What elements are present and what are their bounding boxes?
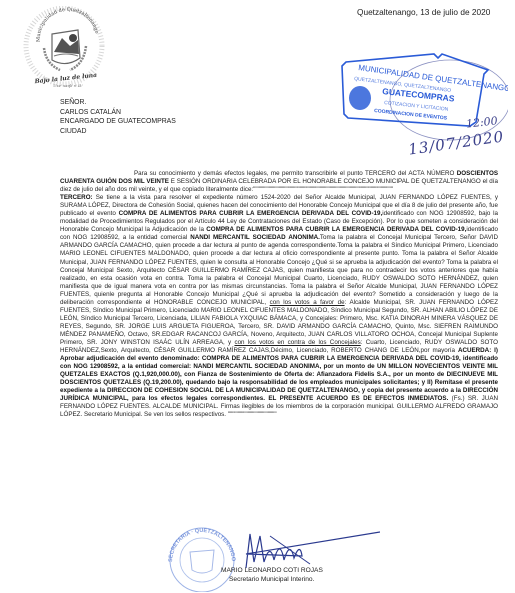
recipient-city: CIUDAD (60, 127, 176, 137)
supplier-name: NANDI MERCANTIL SOCIEDAD ANONIMA. (190, 234, 320, 241)
intro-paragraph: Para su conocimiento y demás efectos leg… (60, 170, 498, 194)
logo-motto-sub: Uxe' xaqli ri Ik' (53, 83, 82, 88)
signer-title: Secretario Municipal Interino. (221, 576, 323, 585)
recipient-name: CARLOS CATALÁN (60, 108, 176, 118)
recipient-block: SEÑOR. CARLOS CATALÁN ENCARGADO DE GUATE… (60, 98, 176, 136)
document-date: Quetzaltenango, 13 de julio de 2020 (357, 7, 490, 17)
recipient-position: ENCARGADO DE GUATECOMPRAS (60, 117, 176, 127)
agreement-text: ACUERDA: I) Aprobar adjudicación del eve… (60, 347, 498, 402)
handwritten-signature (240, 528, 380, 570)
event-name: COMPRA DE ALIMENTOS PARA CUBRIR LA EMERG… (119, 210, 383, 217)
recipient-salutation: SEÑOR. (60, 98, 176, 108)
tercero-label: TERCERO: (60, 194, 93, 201)
signer-block: MARIO LEONARDO COTI ROJAS Secretario Mun… (221, 567, 323, 584)
letter-body: Para su conocimiento y demás efectos leg… (60, 170, 498, 419)
event-name: COMPRA DE ALIMENTOS PARA CUBRIR LA EMERG… (206, 226, 466, 233)
votes-for-label: con los votos a favor de (270, 299, 345, 306)
municipal-logo: Municipalidad de Quetzaltenango Bajo la … (22, 6, 112, 90)
tercero-paragraph: TERCERO: Se tiene a la vista para resolv… (60, 194, 498, 419)
signer-name: MARIO LEONARDO COTI ROJAS (221, 567, 323, 576)
votes-against-label: con los votos en contra de los Concejale… (234, 339, 360, 346)
